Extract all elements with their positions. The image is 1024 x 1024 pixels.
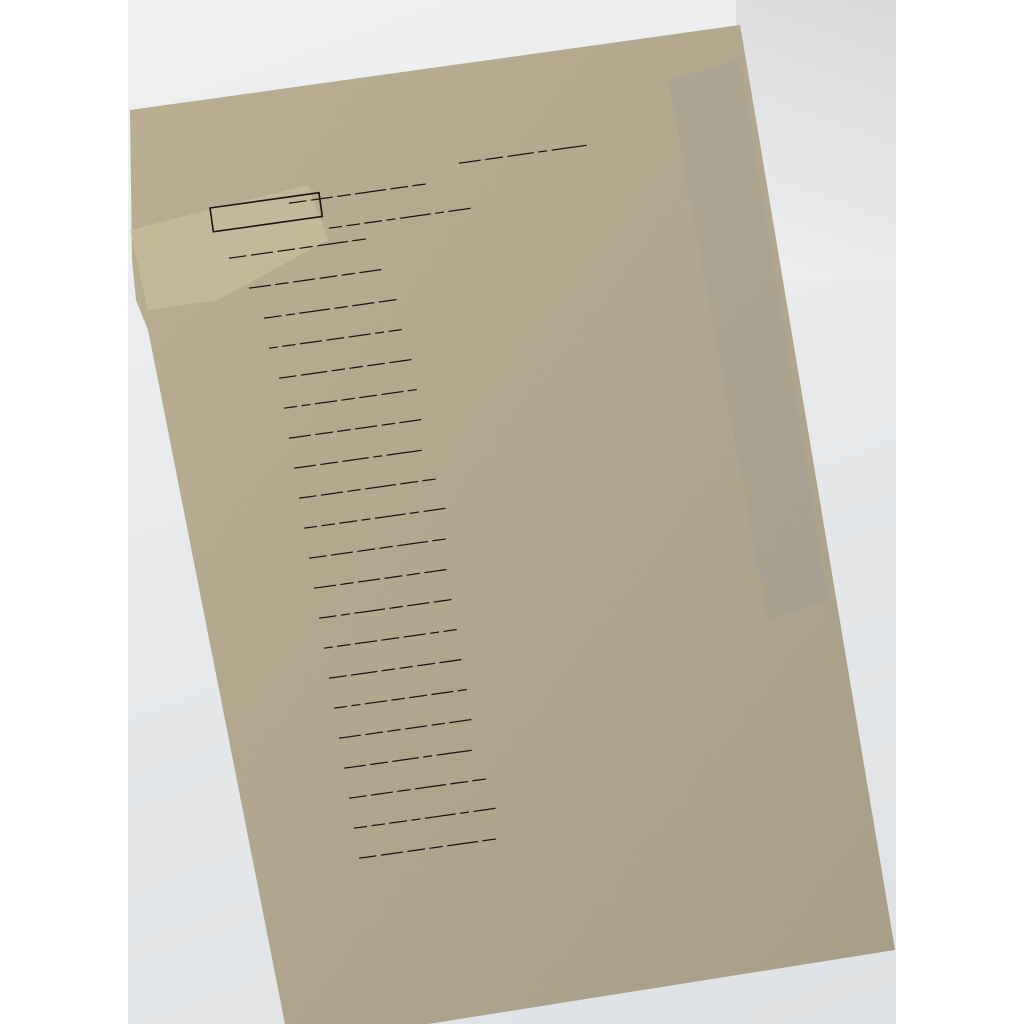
photo-background: ــــــــ ــ ــــــ ــــ ـــــ ـــ ــــ ـ… [128, 0, 896, 1024]
manuscript-text-block: ــــــــ ــ ــــــ ــــ ـــــ ـــ ــــ ـ… [128, 0, 896, 1024]
